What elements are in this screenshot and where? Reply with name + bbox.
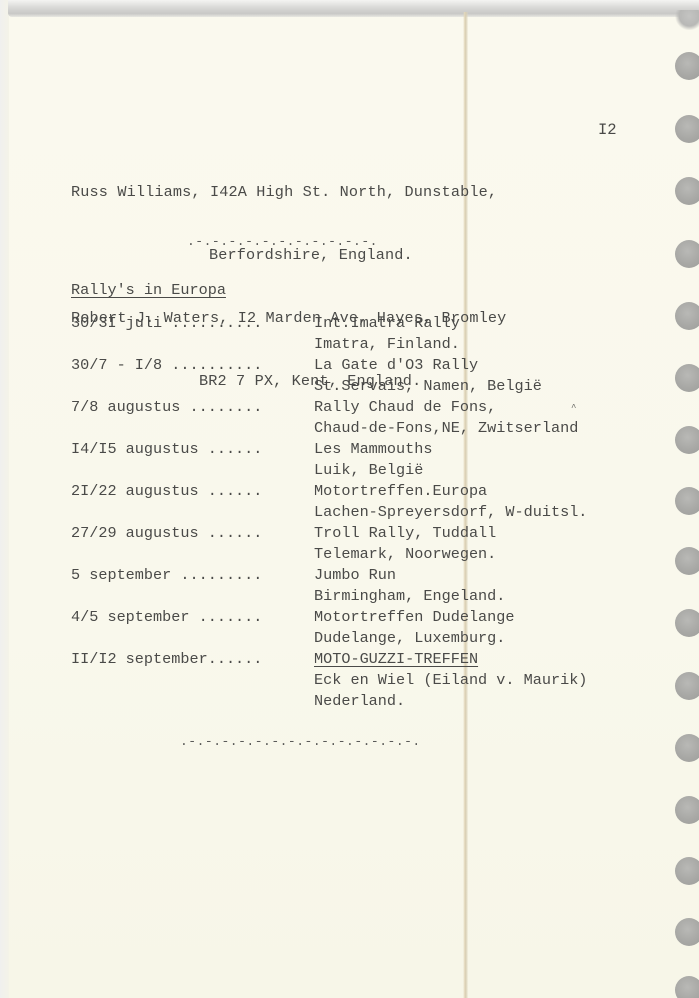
event-item: 4/5 september ....... Motortreffen Dudel…	[71, 607, 587, 649]
binder-hole-icon	[675, 52, 699, 80]
binder-hole-icon	[675, 426, 699, 454]
binder-hole-icon	[675, 487, 699, 515]
event-date: 5 september .........	[71, 565, 314, 586]
event-location: Telemark, Noorwegen.	[71, 544, 587, 565]
caret-mark: ^	[571, 403, 576, 413]
binder-hole-icon	[675, 240, 699, 268]
event-date: 2I/22 augustus ......	[71, 481, 314, 502]
event-item: 5 september ......... Jumbo Run Birmingh…	[71, 565, 587, 607]
event-date: I4/I5 augustus ......	[71, 439, 314, 460]
event-location: Birmingham, Engeland.	[71, 586, 587, 607]
binder-hole-icon	[675, 918, 699, 946]
binder-hole-icon	[675, 302, 699, 330]
event-location: St.Servais, Namen, België	[71, 376, 587, 397]
event-name: Jumbo Run	[314, 565, 396, 586]
binder-holes	[669, 0, 699, 998]
event-name: Int.Imatra Rally	[314, 313, 460, 334]
event-location: Eck en Wiel (Eiland v. Maurik)	[71, 670, 587, 691]
event-location: Imatra, Finland.	[71, 334, 587, 355]
event-item: 2I/22 augustus ...... Motortreffen.Europ…	[71, 481, 587, 523]
event-item: 30/3I juli .......... Int.Imatra Rally I…	[71, 313, 587, 355]
event-location-country: Nederland.	[71, 691, 587, 712]
event-item: I4/I5 augustus ...... Les Mammouths Luik…	[71, 439, 587, 481]
event-item-highlight: II/I2 september...... MOTO-GUZZI-TREFFEN…	[71, 649, 587, 712]
event-item: 30/7 - I/8 .......... La Gate d'O3 Rally…	[71, 355, 587, 397]
event-location: Lachen-Spreyersdorf, W-duitsl.	[71, 502, 587, 523]
events-list: 30/3I juli .......... Int.Imatra Rally I…	[71, 313, 587, 712]
separator-top: .-.-.-.-.-.-.-.-.-.-.-.	[187, 234, 378, 249]
binder-hole-icon	[675, 796, 699, 824]
binder-hole-icon	[675, 734, 699, 762]
event-date: 30/7 - I/8 ..........	[71, 355, 314, 376]
address-1-line-1: Russ Williams, I42A High St. North, Duns…	[71, 182, 506, 203]
event-name: Troll Rally, Tuddall	[314, 523, 496, 544]
binder-hole-icon	[675, 177, 699, 205]
event-date: 30/3I juli ..........	[71, 313, 314, 334]
binder-hole-icon	[675, 857, 699, 885]
section-title: Rally's in Europa	[71, 280, 226, 301]
event-date: II/I2 september......	[71, 649, 314, 670]
event-location: Dudelange, Luxemburg.	[71, 628, 587, 649]
event-item: 7/8 augustus ........ Rally Chaud de Fon…	[71, 397, 587, 439]
event-date: 7/8 augustus ........	[71, 397, 314, 418]
event-location: Luik, België	[71, 460, 587, 481]
event-name: Rally Chaud de Fons,	[314, 397, 496, 418]
event-date: 4/5 september .......	[71, 607, 314, 628]
page-left-edge	[0, 0, 9, 998]
page-top-shadow	[8, 0, 699, 17]
event-name-underlined: MOTO-GUZZI-TREFFEN	[314, 649, 478, 670]
page-number: I2	[598, 120, 617, 141]
binder-hole-icon	[675, 115, 699, 143]
event-name: Les Mammouths	[314, 439, 432, 460]
binder-hole-icon	[675, 609, 699, 637]
separator-bottom: .-.-.-.-.-.-.-.-.-.-.-.-.-.-.	[180, 734, 421, 749]
binder-hole-icon	[675, 364, 699, 392]
event-name: Motortreffen Dudelange	[314, 607, 515, 628]
event-date: 27/29 augustus ......	[71, 523, 314, 544]
event-item: 27/29 augustus ...... Troll Rally, Tudda…	[71, 523, 587, 565]
event-location: Chaud-de-Fons,NE, Zwitserland	[71, 418, 587, 439]
binder-hole-icon	[675, 672, 699, 700]
event-name: Motortreffen.Europa	[314, 481, 487, 502]
event-name: La Gate d'O3 Rally	[314, 355, 478, 376]
binder-hole-icon	[675, 547, 699, 575]
typewritten-page: I2 Russ Williams, I42A High St. North, D…	[0, 0, 699, 998]
binder-hole-icon	[675, 976, 699, 998]
